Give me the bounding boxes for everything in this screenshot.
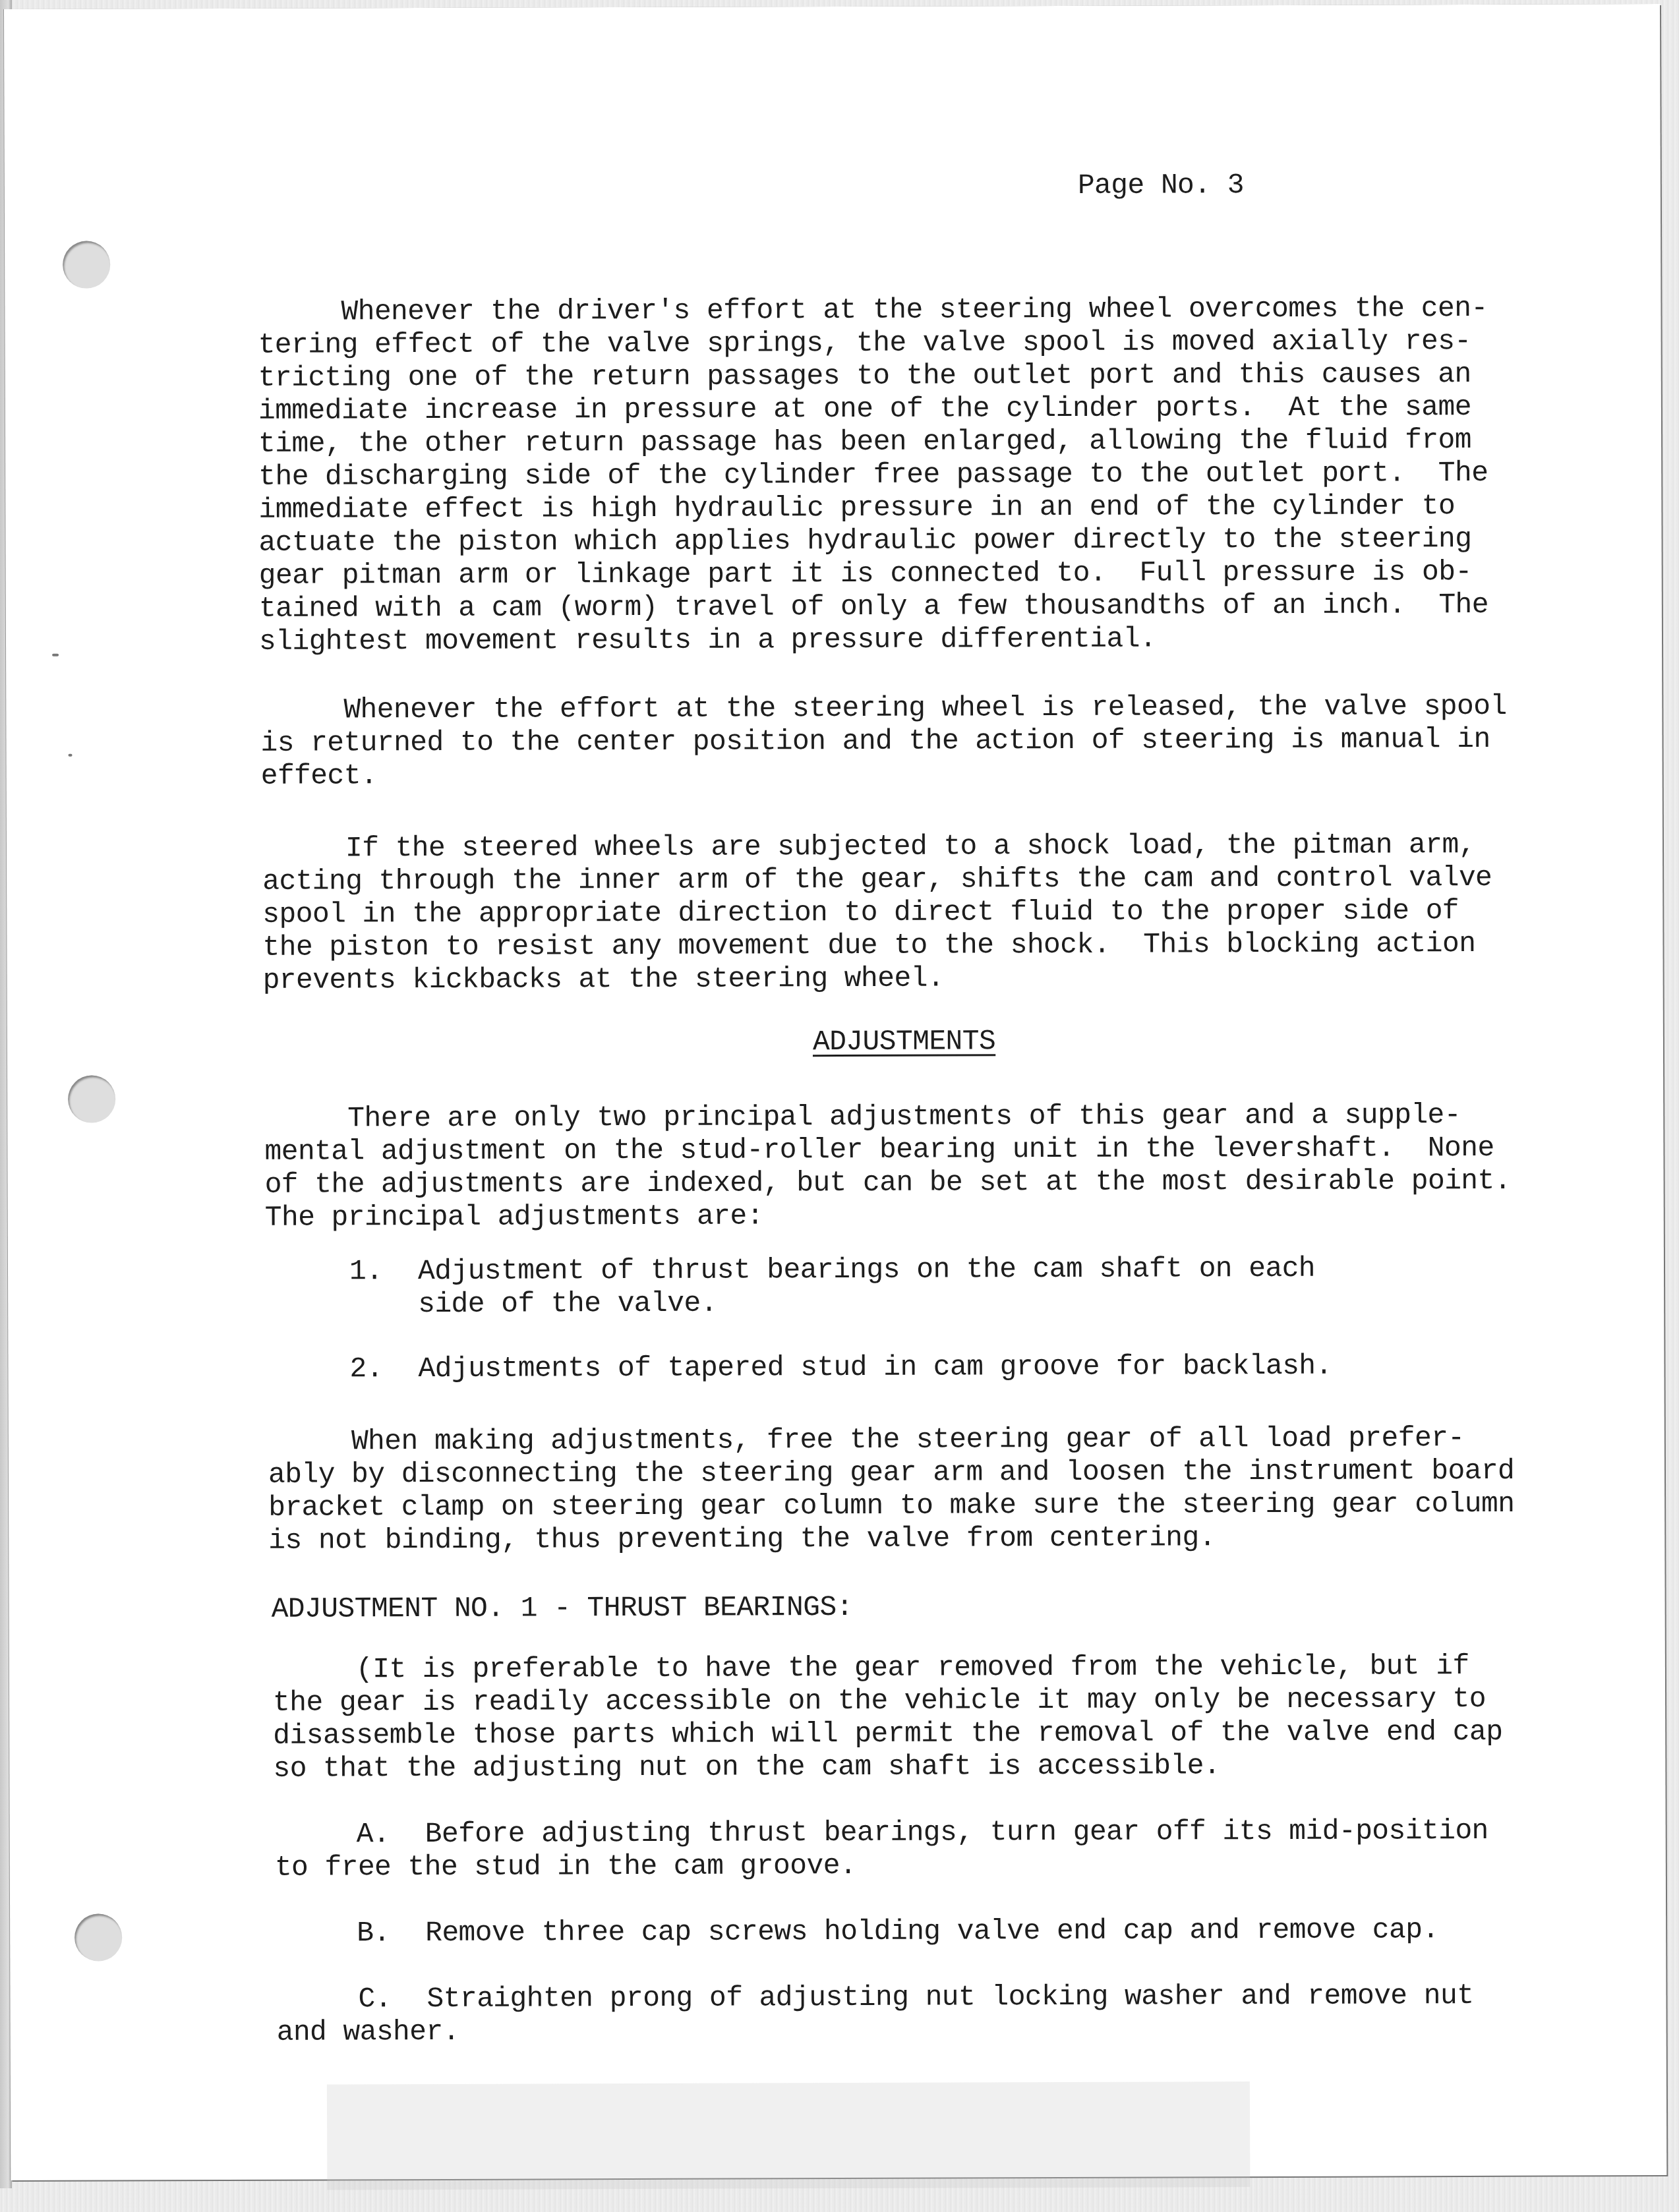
scan-shading	[327, 2081, 1250, 2190]
text-line: acting through the inner arm of the gear…	[262, 861, 1492, 898]
text-line: is returned to the center position and t…	[260, 723, 1490, 760]
text-line: immediate increase in pressure at one of…	[258, 391, 1471, 428]
text-line: When making adjustments, free the steeri…	[268, 1422, 1465, 1459]
text-line: The principal adjustments are:	[265, 1200, 763, 1234]
text-line: of the adjustments are indexed, but can …	[265, 1165, 1511, 1202]
text-line: spool in the appropriate direction to di…	[262, 894, 1459, 931]
section-heading: ADJUSTMENTS	[813, 1025, 995, 1059]
step-letter: B.	[357, 1917, 390, 1950]
text-line: Before adjusting thrust bearings, turn g…	[425, 1815, 1488, 1851]
text-line: effect.	[261, 759, 378, 793]
list-item-number: 2.	[349, 1353, 383, 1385]
text-line: tering effect of the valve springs, the …	[258, 325, 1471, 362]
text-line: immediate effect is high hydraulic press…	[258, 490, 1455, 527]
text-line: the piston to resist any movement due to…	[262, 927, 1475, 964]
text-line: and washer.	[277, 2016, 459, 2049]
punch-hole-top	[63, 241, 110, 288]
text-line: so that the adjusting nut on the cam sha…	[273, 1749, 1220, 1786]
text-line: Whenever the effort at the steering whee…	[260, 690, 1506, 727]
text-line: If the steered wheels are subjected to a…	[262, 829, 1475, 865]
text-line: (It is preferable to have the gear remov…	[273, 1650, 1469, 1687]
text-line: tricting one of the return passages to t…	[258, 358, 1471, 395]
text-line: time, the other return passage has been …	[258, 424, 1471, 461]
text-line: is not binding, thus preventing the valv…	[268, 1521, 1216, 1557]
text-line: Remove three cap screws holding valve en…	[425, 1913, 1439, 1950]
subsection-heading: ADJUSTMENT NO. 1 - THRUST BEARINGS:	[272, 1591, 853, 1626]
document-page: Page No. 3 Whenever the driver's effort …	[4, 4, 1666, 2180]
punch-hole-middle	[68, 1075, 115, 1122]
text-line: prevents kickbacks at the steering wheel…	[263, 962, 945, 997]
text-line: side of the valve.	[418, 1287, 717, 1321]
text-line: tained with a cam (worm) travel of only …	[259, 589, 1488, 626]
text-line: Adjustments of tapered stud in cam groov…	[418, 1350, 1332, 1385]
text-line: There are only two principal adjustments…	[264, 1099, 1461, 1136]
text-line: mental adjustment on the stud-roller bea…	[264, 1132, 1494, 1169]
text-line: Whenever the driver's effort at the stee…	[258, 292, 1487, 329]
step-letter: C.	[358, 1983, 392, 2016]
punch-hole-bottom	[74, 1913, 122, 1961]
text-line: Adjustment of thrust bearings on the cam…	[418, 1252, 1315, 1288]
text-line: actuate the piston which applies hydraul…	[258, 523, 1471, 560]
scan-speck	[69, 754, 73, 757]
text-line: ably by disconnecting the steering gear …	[268, 1455, 1514, 1492]
text-line: bracket clamp on steering gear column to…	[268, 1488, 1514, 1525]
page-number: Page No. 3	[1078, 169, 1244, 202]
text-line: slightest movement results in a pressure…	[259, 623, 1156, 658]
text-line: to free the stud in the cam groove.	[275, 1849, 856, 1884]
list-item-number: 1.	[349, 1255, 383, 1288]
scan-speck	[52, 654, 59, 656]
text-line: disassemble those parts which will permi…	[273, 1716, 1502, 1753]
text-line: Straighten prong of adjusting nut lockin…	[427, 1979, 1473, 2016]
text-line: the discharging side of the cylinder fre…	[258, 457, 1488, 494]
text-line: the gear is readily accessible on the ve…	[273, 1683, 1486, 1720]
step-letter: A.	[357, 1818, 390, 1851]
text-line: gear pitman arm or linkage part it is co…	[259, 556, 1472, 593]
